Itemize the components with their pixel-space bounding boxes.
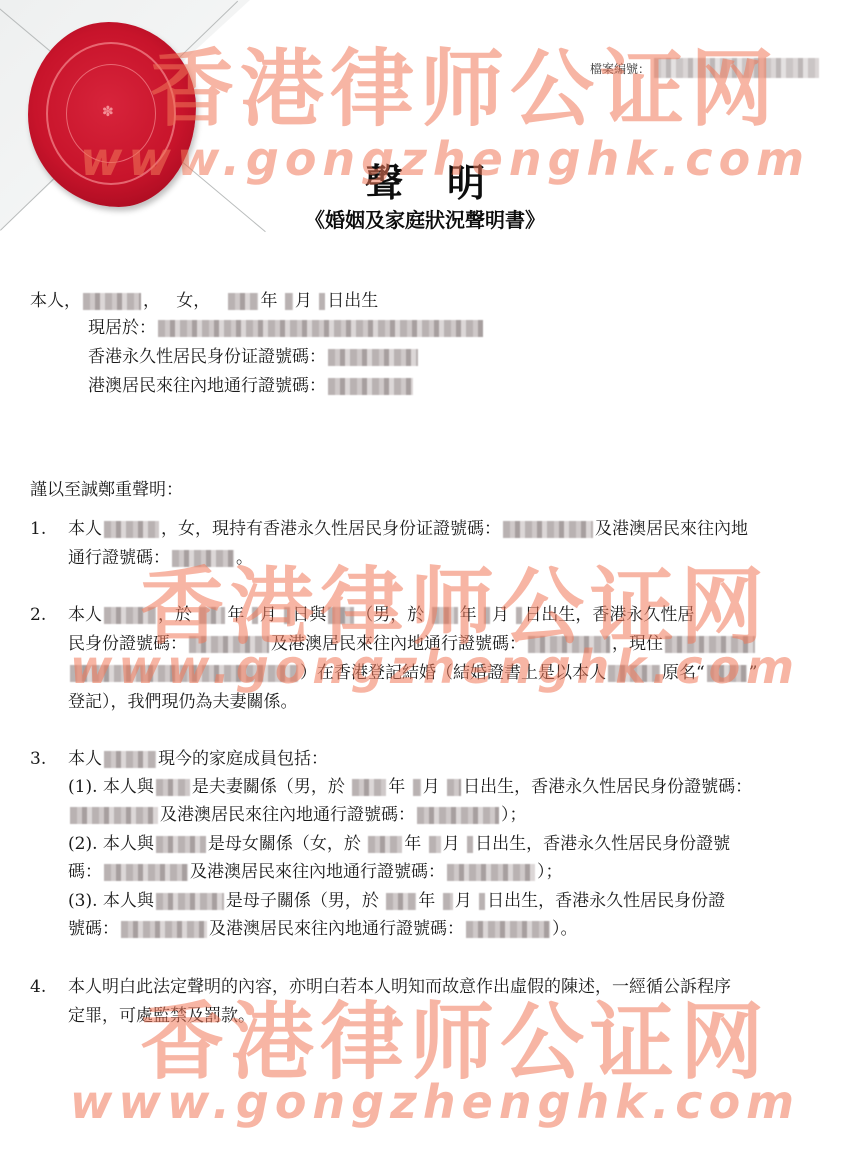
- redacted-address: [70, 665, 298, 682]
- redacted-hkid: [328, 349, 418, 366]
- text: ，現住: [612, 634, 663, 654]
- redacted: [156, 836, 206, 853]
- text: 年: [260, 291, 277, 311]
- item-3-line-6: (3). 本人與是母子關係（男，於 年 月 日出生，香港永久性居民身份證: [68, 886, 725, 917]
- redacted: [70, 807, 158, 824]
- redacted: [707, 665, 747, 682]
- text: ）；: [537, 862, 563, 882]
- redacted: [528, 636, 610, 653]
- redacted-permit: [328, 378, 413, 395]
- item-3-line-7: 號碼：及港澳居民來往內地通行證號碼：）。: [68, 914, 578, 945]
- file-number: 檔案編號：: [590, 58, 819, 78]
- item-number: 2.: [30, 600, 46, 631]
- text: 日出生，香港永久性居民身份證號: [475, 834, 730, 854]
- text: 月: [423, 777, 440, 797]
- redacted: [516, 607, 522, 624]
- item-3-line-2: (1). 本人與是夫妻關係（男，於 年 月 日出生，香港永久性居民身份證號碼：: [68, 772, 752, 803]
- document-title: 聲明: [0, 152, 850, 207]
- text: 是夫妻關係（男，於: [192, 777, 345, 797]
- item-number: 4.: [30, 972, 46, 1003]
- redacted: [156, 893, 224, 910]
- redacted-address: [665, 636, 755, 653]
- redacted: [479, 893, 485, 910]
- item-3-line-5: 碼：及港澳居民來往內地通行證號碼：）；: [68, 857, 563, 888]
- item-2-line-4: 登記），我們現仍為夫妻關係。: [68, 687, 298, 718]
- redacted: [447, 779, 461, 796]
- redacted: [413, 779, 421, 796]
- item-2-line-1: 本人，於 年 月 日與（男，於 年 月 日出生，香港永久性居: [68, 600, 694, 631]
- redacted: [352, 779, 386, 796]
- text: 年: [227, 605, 244, 625]
- redacted: [417, 807, 499, 824]
- text: ）。: [552, 919, 578, 939]
- address-line: 現居於：: [88, 313, 485, 344]
- text: (1). 本人與: [68, 777, 154, 797]
- text: 本人: [68, 749, 102, 769]
- seal-emblem-icon: ✽: [102, 104, 114, 120]
- text: 日出生，香港永久性居民身份證: [487, 891, 725, 911]
- redacted: [199, 607, 225, 624]
- text: 年: [418, 891, 435, 911]
- redacted-day: [319, 293, 325, 310]
- redacted: [104, 864, 188, 881]
- intro: 謹以至誠鄭重聲明：: [30, 475, 183, 506]
- redacted: [284, 607, 290, 624]
- text: 月: [455, 891, 472, 911]
- text: 及港澳居民來往內地通行證號碼：: [271, 634, 526, 654]
- text: 碼：: [68, 862, 102, 882]
- item-4-line-2: 定罪，可處監禁及罰款。: [68, 1001, 255, 1032]
- redacted-file-number: [654, 58, 819, 78]
- redacted: [447, 864, 535, 881]
- text: 是母女關係（女，於: [208, 834, 361, 854]
- text: ”: [749, 663, 758, 683]
- redacted-address: [158, 320, 483, 337]
- text: 是母子關係（男，於: [226, 891, 379, 911]
- item-number: 3.: [30, 744, 46, 775]
- redacted: [368, 836, 402, 853]
- redacted: [466, 921, 550, 938]
- text: 通行證號碼：: [68, 548, 170, 568]
- text: 。: [236, 548, 253, 568]
- text: 月: [443, 834, 460, 854]
- redacted: [432, 607, 458, 624]
- permit-label: 港澳居民來往內地通行證號碼：: [88, 376, 326, 396]
- text: 及港澳居民來往內地通行證號碼：: [160, 805, 415, 825]
- text: 及港澳居民來往內地通行證號碼：: [209, 919, 464, 939]
- redacted: [104, 751, 156, 768]
- text: 年: [460, 605, 477, 625]
- item-number: 1.: [30, 514, 46, 545]
- redacted: [467, 836, 473, 853]
- text: 月: [295, 291, 312, 311]
- text: 及港澳居民來往內地: [595, 519, 748, 539]
- redacted-month: [285, 293, 293, 310]
- redacted-hkid: [503, 521, 593, 538]
- text: 本人，: [30, 291, 81, 311]
- redacted: [156, 779, 190, 796]
- watermark-url: www.gongzhenghk.com: [10, 1075, 850, 1129]
- item-3-line-3: 及港澳居民來往內地通行證號碼：）；: [68, 800, 527, 831]
- text: ）在香港登記結婚（結婚證書上是以本人: [300, 663, 606, 683]
- item-4-line-1: 本人明白此法定聲明的內容，亦明白若本人明知而故意作出虛假的陳述，一經循公訴程序: [68, 972, 731, 1003]
- text: (3). 本人與: [68, 891, 154, 911]
- hkid-line: 香港永久性居民身份证證號碼：: [88, 342, 420, 373]
- text: 日出生，香港永久性居民身份證號碼：: [463, 777, 752, 797]
- text: 日出生: [327, 291, 378, 311]
- redacted: [328, 607, 354, 624]
- redacted: [104, 607, 156, 624]
- text: ，: [143, 291, 160, 311]
- text: 年: [404, 834, 421, 854]
- redacted: [429, 836, 441, 853]
- item-3-line-4: (2). 本人與是母女關係（女，於 年 月 日出生，香港永久性居民身份證號: [68, 829, 730, 860]
- gender: 女，: [176, 291, 210, 311]
- text: 本人: [68, 605, 102, 625]
- text: ，於: [158, 605, 192, 625]
- redacted: [608, 665, 660, 682]
- text: 民身份證號碼：: [68, 634, 187, 654]
- text: （男，於: [356, 605, 424, 625]
- text: 原名“: [662, 663, 705, 683]
- redacted: [386, 893, 416, 910]
- redacted: [252, 607, 258, 624]
- item-3-line-1: 本人現今的家庭成員包括：: [68, 744, 328, 775]
- document-subtitle: 《婚姻及家庭狀況聲明書》: [0, 204, 850, 233]
- text: 月: [260, 605, 277, 625]
- redacted-year: [228, 293, 258, 310]
- text: 月: [492, 605, 509, 625]
- permit-line: 港澳居民來往內地通行證號碼：: [88, 371, 415, 402]
- text: (2). 本人與: [68, 834, 154, 854]
- text: 日出生，香港永久性居: [524, 605, 694, 625]
- redacted: [443, 893, 453, 910]
- text: 現今的家庭成員包括：: [158, 749, 328, 769]
- redacted-name: [83, 293, 141, 310]
- item-1-line-2: 通行證號碼：。: [68, 543, 253, 574]
- item-2-line-3: ）在香港登記結婚（結婚證書上是以本人原名“”: [68, 658, 757, 689]
- item-1-line-1: 本人，女，現持有香港永久性居民身份证證號碼：及港澳居民來往內地: [68, 514, 748, 545]
- redacted: [484, 607, 490, 624]
- text: 日與: [292, 605, 326, 625]
- address-label: 現居於：: [88, 318, 156, 338]
- redacted-name: [104, 521, 159, 538]
- file-number-label: 檔案編號：: [590, 60, 650, 77]
- text: 年: [388, 777, 405, 797]
- redacted: [121, 921, 207, 938]
- item-2-line-2: 民身份證號碼：及港澳居民來往內地通行證號碼：，現住: [68, 629, 757, 660]
- text: 本人: [68, 519, 102, 539]
- text: ，女，現持有香港永久性居民身份证證號碼：: [161, 519, 501, 539]
- text: ）；: [501, 805, 527, 825]
- text: 號碼：: [68, 919, 119, 939]
- hkid-label: 香港永久性居民身份证證號碼：: [88, 347, 326, 367]
- text: 及港澳居民來往內地通行證號碼：: [190, 862, 445, 882]
- redacted: [189, 636, 269, 653]
- redacted-permit: [172, 550, 234, 567]
